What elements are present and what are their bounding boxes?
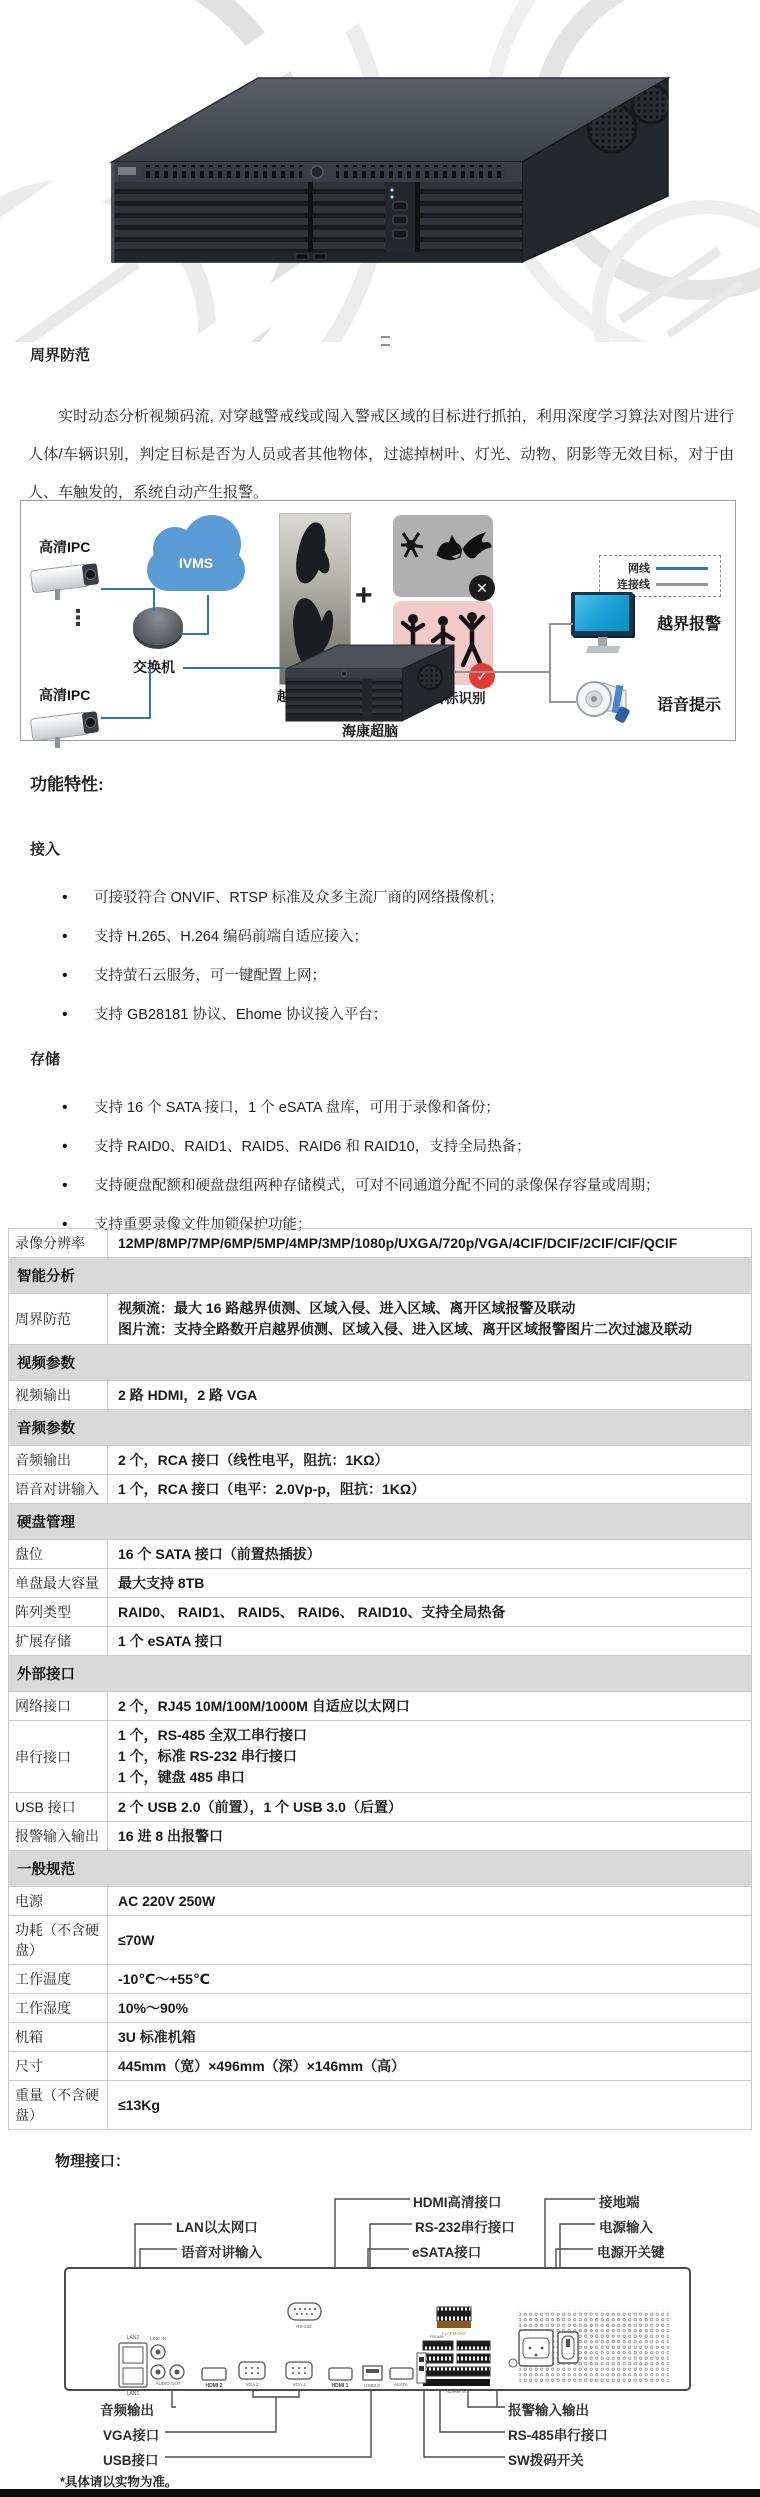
list-item: 支持 GB28181 协议、Ehome 协议接入平台； bbox=[60, 1003, 725, 1027]
spec-value: 16 个 SATA 接口（前置热插拔） bbox=[108, 1540, 752, 1569]
port-label: ALARM IN bbox=[446, 2389, 466, 2394]
table-row: 语音对讲输入1 个，RCA 接口（电平：2.0Vp-p，阻抗：1KΩ） bbox=[9, 1475, 752, 1504]
plus-sign: + bbox=[355, 579, 373, 613]
switch-label: 交换机 bbox=[133, 657, 175, 677]
table-row: 重量（不含硬盘）≤13Kg bbox=[9, 2081, 752, 2130]
page-dash-mark bbox=[381, 336, 390, 346]
table-row: 串行接口 1 个，RS-485 全双工串行接口1 个，标准 RS-232 串行接… bbox=[9, 1721, 752, 1793]
port-label: HDMI 1 bbox=[332, 2383, 349, 2389]
camera-bottom-label: 高清IPC bbox=[39, 685, 90, 705]
section-header: 一般规范 bbox=[9, 1851, 752, 1887]
ip-camera-icon bbox=[31, 705, 105, 751]
spec-label: 单盘最大容量 bbox=[9, 1569, 108, 1598]
physical-title: 物理接口： bbox=[55, 2150, 130, 2171]
table-row: 报警输入输出16 进 8 出报警口 bbox=[9, 1822, 752, 1851]
cable-line bbox=[454, 671, 551, 673]
spec-label: 重量（不含硬盘） bbox=[9, 2081, 108, 2130]
monitor-icon bbox=[571, 592, 635, 658]
section-row: 外部接口 bbox=[9, 1656, 752, 1692]
spec-label: 阵列类型 bbox=[9, 1598, 108, 1627]
table-row: 盘位16 个 SATA 接口（前置热插拔） bbox=[9, 1540, 752, 1569]
spec-label: 音频输出 bbox=[9, 1446, 108, 1475]
table-row: 机箱3U 标准机箱 bbox=[9, 2023, 752, 2052]
section-header: 智能分析 bbox=[9, 1258, 752, 1294]
cable-line bbox=[549, 623, 551, 703]
hero-section bbox=[0, 0, 760, 345]
callout-power-key: 电源开关键 bbox=[597, 2241, 665, 2261]
section-row: 硬盘管理 bbox=[9, 1504, 752, 1540]
table-row: 录像分辨率12MP/8MP/7MP/6MP/5MP/4MP/3MP/1080p/… bbox=[9, 1229, 752, 1258]
table-row: 工作温度-10℃～+55℃ bbox=[9, 1965, 752, 1994]
table-row: 音频输出2 个，RCA 接口（线性电平，阻抗：1KΩ） bbox=[9, 1446, 752, 1475]
section-row: 视频参数 bbox=[9, 1345, 752, 1381]
spec-label: 尺寸 bbox=[9, 2052, 108, 2081]
port-label: LINE IN bbox=[150, 2336, 166, 2341]
list-item: 可接驳符合 ONVIF、RTSP 标准及众多主流厂商的网络摄像机； bbox=[60, 886, 725, 910]
list-item: 支持萤石云服务，可一键配置上网； bbox=[60, 964, 725, 988]
spec-label: 录像分辨率 bbox=[9, 1229, 108, 1258]
port-label: RS-232 bbox=[296, 2324, 312, 2329]
spec-label: 工作温度 bbox=[9, 1965, 108, 1994]
alarm-label: 越界报警 bbox=[657, 611, 721, 634]
spec-value: ≤70W bbox=[108, 1916, 752, 1965]
cable-line bbox=[549, 623, 573, 625]
spec-label: 工作湿度 bbox=[9, 1994, 108, 2023]
nvr-label: 海康超脑 bbox=[284, 721, 456, 741]
table-row: 视频输出2 路 HDMI，2 路 VGA bbox=[9, 1381, 752, 1410]
nvr-device-icon bbox=[284, 643, 456, 728]
spec-label: 机箱 bbox=[9, 2023, 108, 2052]
section-row: 一般规范 bbox=[9, 1851, 752, 1887]
port-label: ALARM OUT bbox=[442, 2331, 467, 2336]
net-line bbox=[149, 667, 151, 719]
callout-hdmi: HDMI高清接口 bbox=[413, 2191, 502, 2211]
table-row: USB 接口2 个 USB 2.0（前置），1 个 USB 3.0（后置） bbox=[9, 1793, 752, 1822]
reject-badge: ✕ bbox=[469, 575, 495, 601]
nvr-product-image bbox=[0, 0, 760, 345]
spec-value: RAID0、 RAID1、 RAID5、 RAID6、 RAID10、支持全局热… bbox=[108, 1598, 752, 1627]
access-title: 接入 bbox=[30, 838, 60, 859]
callout-esata: eSATA接口 bbox=[412, 2241, 481, 2261]
spec-label: 盘位 bbox=[9, 1540, 108, 1569]
callout-rs232: RS-232串行接口 bbox=[415, 2216, 515, 2236]
features-title: 功能特性: bbox=[30, 770, 104, 795]
spec-value: 16 进 8 出报警口 bbox=[108, 1822, 752, 1851]
section-header: 音频参数 bbox=[9, 1410, 752, 1446]
accept-badge: ✓ bbox=[469, 663, 495, 689]
callout-sw: SW拨码开关 bbox=[508, 2449, 584, 2469]
port-label: eSATA bbox=[394, 2382, 408, 2387]
section-row: 音频参数 bbox=[9, 1410, 752, 1446]
port-label: LAN1 bbox=[127, 2391, 140, 2397]
callout-audio-out: 音频输出 bbox=[100, 2399, 154, 2419]
net-line bbox=[181, 633, 209, 635]
net-line bbox=[153, 588, 155, 611]
bottom-bar bbox=[0, 2489, 760, 2497]
diagram-legend: 网线 连接线 bbox=[599, 555, 721, 597]
access-list: 可接驳符合 ONVIF、RTSP 标准及众多主流厂商的网络摄像机； 支持 H.2… bbox=[60, 886, 725, 1042]
callout-lan: LAN以太网口 bbox=[176, 2216, 258, 2236]
callout-audio-in: 语音对讲输入 bbox=[181, 2241, 262, 2261]
storage-title: 存储 bbox=[30, 1048, 60, 1069]
port-label: HDMI 2 bbox=[206, 2383, 223, 2389]
rear-panel-figure: LAN2 LAN1 LINE IN AUDIO OUT HDMI 2 VGA 2… bbox=[0, 2185, 760, 2485]
legend-net-label: 网线 bbox=[606, 560, 650, 576]
spec-value: 2 路 HDMI，2 路 VGA bbox=[108, 1381, 752, 1410]
spec-label: 扩展存储 bbox=[9, 1627, 108, 1656]
product-spec-page: 周界防范 实时动态分析视频码流, 对穿越警戒线或闯入警戒区域的目标进行抓拍，利用… bbox=[0, 0, 760, 2497]
table-row: 电源AC 220V 250W bbox=[9, 1887, 752, 1916]
section-row: 智能分析 bbox=[9, 1258, 752, 1294]
spec-value: 10%～90% bbox=[108, 1994, 752, 2023]
legend-net-line bbox=[656, 567, 708, 570]
section-header: 硬盘管理 bbox=[9, 1504, 752, 1540]
speaker-icon bbox=[574, 671, 632, 734]
callout-power-in: 电源输入 bbox=[599, 2216, 653, 2236]
spec-label: USB 接口 bbox=[9, 1793, 108, 1822]
spec-value: 1 个，RCA 接口（电平：2.0Vp-p，阻抗：1KΩ） bbox=[108, 1475, 752, 1504]
callout-vga: VGA接口 bbox=[103, 2424, 159, 2444]
voice-label: 语音提示 bbox=[657, 692, 721, 715]
spec-value: 2 个，RCA 接口（线性电平，阻抗：1KΩ） bbox=[108, 1446, 752, 1475]
perimeter-paragraph: 实时动态分析视频码流, 对穿越警戒线或闯入警戒区域的目标进行抓拍，利用深度学习算… bbox=[28, 398, 734, 512]
spec-label: 网络接口 bbox=[9, 1692, 108, 1721]
ivms-cloud-icon: IVMS bbox=[147, 515, 245, 595]
spec-value: 12MP/8MP/7MP/6MP/5MP/4MP/3MP/1080p/UXGA/… bbox=[108, 1229, 752, 1258]
section-header: 视频参数 bbox=[9, 1345, 752, 1381]
spec-label: 功耗（不含硬盘） bbox=[9, 1916, 108, 1965]
spec-value: 1 个 eSATA 接口 bbox=[108, 1627, 752, 1656]
legend-cable-line bbox=[656, 583, 708, 586]
spec-label: 电源 bbox=[9, 1887, 108, 1916]
table-row: 功耗（不含硬盘）≤70W bbox=[9, 1916, 752, 1965]
footnote: *具体请以实物为准。 bbox=[60, 2472, 177, 2490]
list-item: 支持硬盘配额和硬盘盘组两种存储模式，可对不同通道分配不同的录像保存容量或周期； bbox=[60, 1174, 725, 1198]
table-row: 工作湿度10%～90% bbox=[9, 1994, 752, 2023]
callout-alarm-io: 报警输入输出 bbox=[508, 2399, 589, 2419]
section-header: 外部接口 bbox=[9, 1656, 752, 1692]
spec-value: AC 220V 250W bbox=[108, 1887, 752, 1916]
callout-ground: 接地端 bbox=[599, 2191, 640, 2211]
ellipsis-label: ⋮ bbox=[67, 605, 89, 631]
port-label: AUDIO OUT bbox=[155, 2381, 180, 2386]
solution-diagram: 高清IPC IVMS ⋮ 交换机 高清IPC 越界、入侵侦测 + bbox=[20, 500, 736, 741]
port-label: RS-485 bbox=[430, 2334, 444, 2339]
net-line bbox=[101, 717, 151, 719]
legend-cable-label: 连接线 bbox=[606, 576, 650, 592]
table-row: 周界防范 视频流：最大 16 路越界侦测、区域入侵、进入区域、离开区域报警及联动… bbox=[9, 1294, 752, 1345]
port-label: LAN2 bbox=[127, 2335, 140, 2341]
spec-label: 串行接口 bbox=[9, 1721, 108, 1793]
spec-value: 1 个，RS-485 全双工串行接口1 个，标准 RS-232 串行接口1 个，… bbox=[108, 1721, 752, 1793]
cable-line bbox=[549, 701, 576, 703]
list-item: 支持 RAID0、RAID1、RAID5、RAID6 和 RAID10，支持全局… bbox=[60, 1135, 725, 1159]
spec-value: 2 个，RJ45 10M/100M/1000M 自适应以太网口 bbox=[108, 1692, 752, 1721]
net-line bbox=[183, 667, 286, 669]
net-line bbox=[101, 588, 155, 590]
table-row: 扩展存储1 个 eSATA 接口 bbox=[9, 1627, 752, 1656]
spec-value: 2 个 USB 2.0（前置），1 个 USB 3.0（后置） bbox=[108, 1793, 752, 1822]
table-row: 网络接口2 个，RJ45 10M/100M/1000M 自适应以太网口 bbox=[9, 1692, 752, 1721]
ip-camera-icon bbox=[31, 557, 105, 603]
spec-label: 视频输出 bbox=[9, 1381, 108, 1410]
spec-value: 3U 标准机箱 bbox=[108, 2023, 752, 2052]
net-line bbox=[207, 595, 209, 635]
spec-value: -10℃～+55℃ bbox=[108, 1965, 752, 1994]
spec-label: 语音对讲输入 bbox=[9, 1475, 108, 1504]
list-item: 支持 H.265、H.264 编码前端自适应接入； bbox=[60, 925, 725, 949]
switch-icon bbox=[133, 607, 183, 645]
ivms-label: IVMS bbox=[147, 555, 245, 571]
table-row: 尺寸445mm（宽）×496mm（深）×146mm（高） bbox=[9, 2052, 752, 2081]
spec-table: 录像分辨率12MP/8MP/7MP/6MP/5MP/4MP/3MP/1080p/… bbox=[8, 1228, 752, 2130]
port-label: USB3.0 bbox=[364, 2383, 380, 2388]
table-row: 单盘最大容量最大支持 8TB bbox=[9, 1569, 752, 1598]
callout-usb: USB接口 bbox=[103, 2449, 159, 2469]
list-item: 支持 16 个 SATA 接口，1 个 eSATA 盘库，可用于录像和备份； bbox=[60, 1096, 725, 1120]
perimeter-title: 周界防范 bbox=[30, 344, 90, 365]
port-label: VGA 2 bbox=[245, 2382, 259, 2387]
spec-value: 最大支持 8TB bbox=[108, 1569, 752, 1598]
camera-top-label: 高清IPC bbox=[39, 537, 90, 557]
spec-value: 445mm（宽）×496mm（深）×146mm（高） bbox=[108, 2052, 752, 2081]
port-label: VGA 1 bbox=[292, 2382, 306, 2387]
spec-value: 视频流：最大 16 路越界侦测、区域入侵、进入区域、离开区域报警及联动图片流：支… bbox=[108, 1294, 752, 1345]
table-row: 阵列类型RAID0、 RAID1、 RAID5、 RAID6、 RAID10、支… bbox=[9, 1598, 752, 1627]
spec-label: 周界防范 bbox=[9, 1294, 108, 1345]
spec-label: 报警输入输出 bbox=[9, 1822, 108, 1851]
spec-value: ≤13Kg bbox=[108, 2081, 752, 2130]
callout-rs485: RS-485串行接口 bbox=[508, 2424, 608, 2444]
